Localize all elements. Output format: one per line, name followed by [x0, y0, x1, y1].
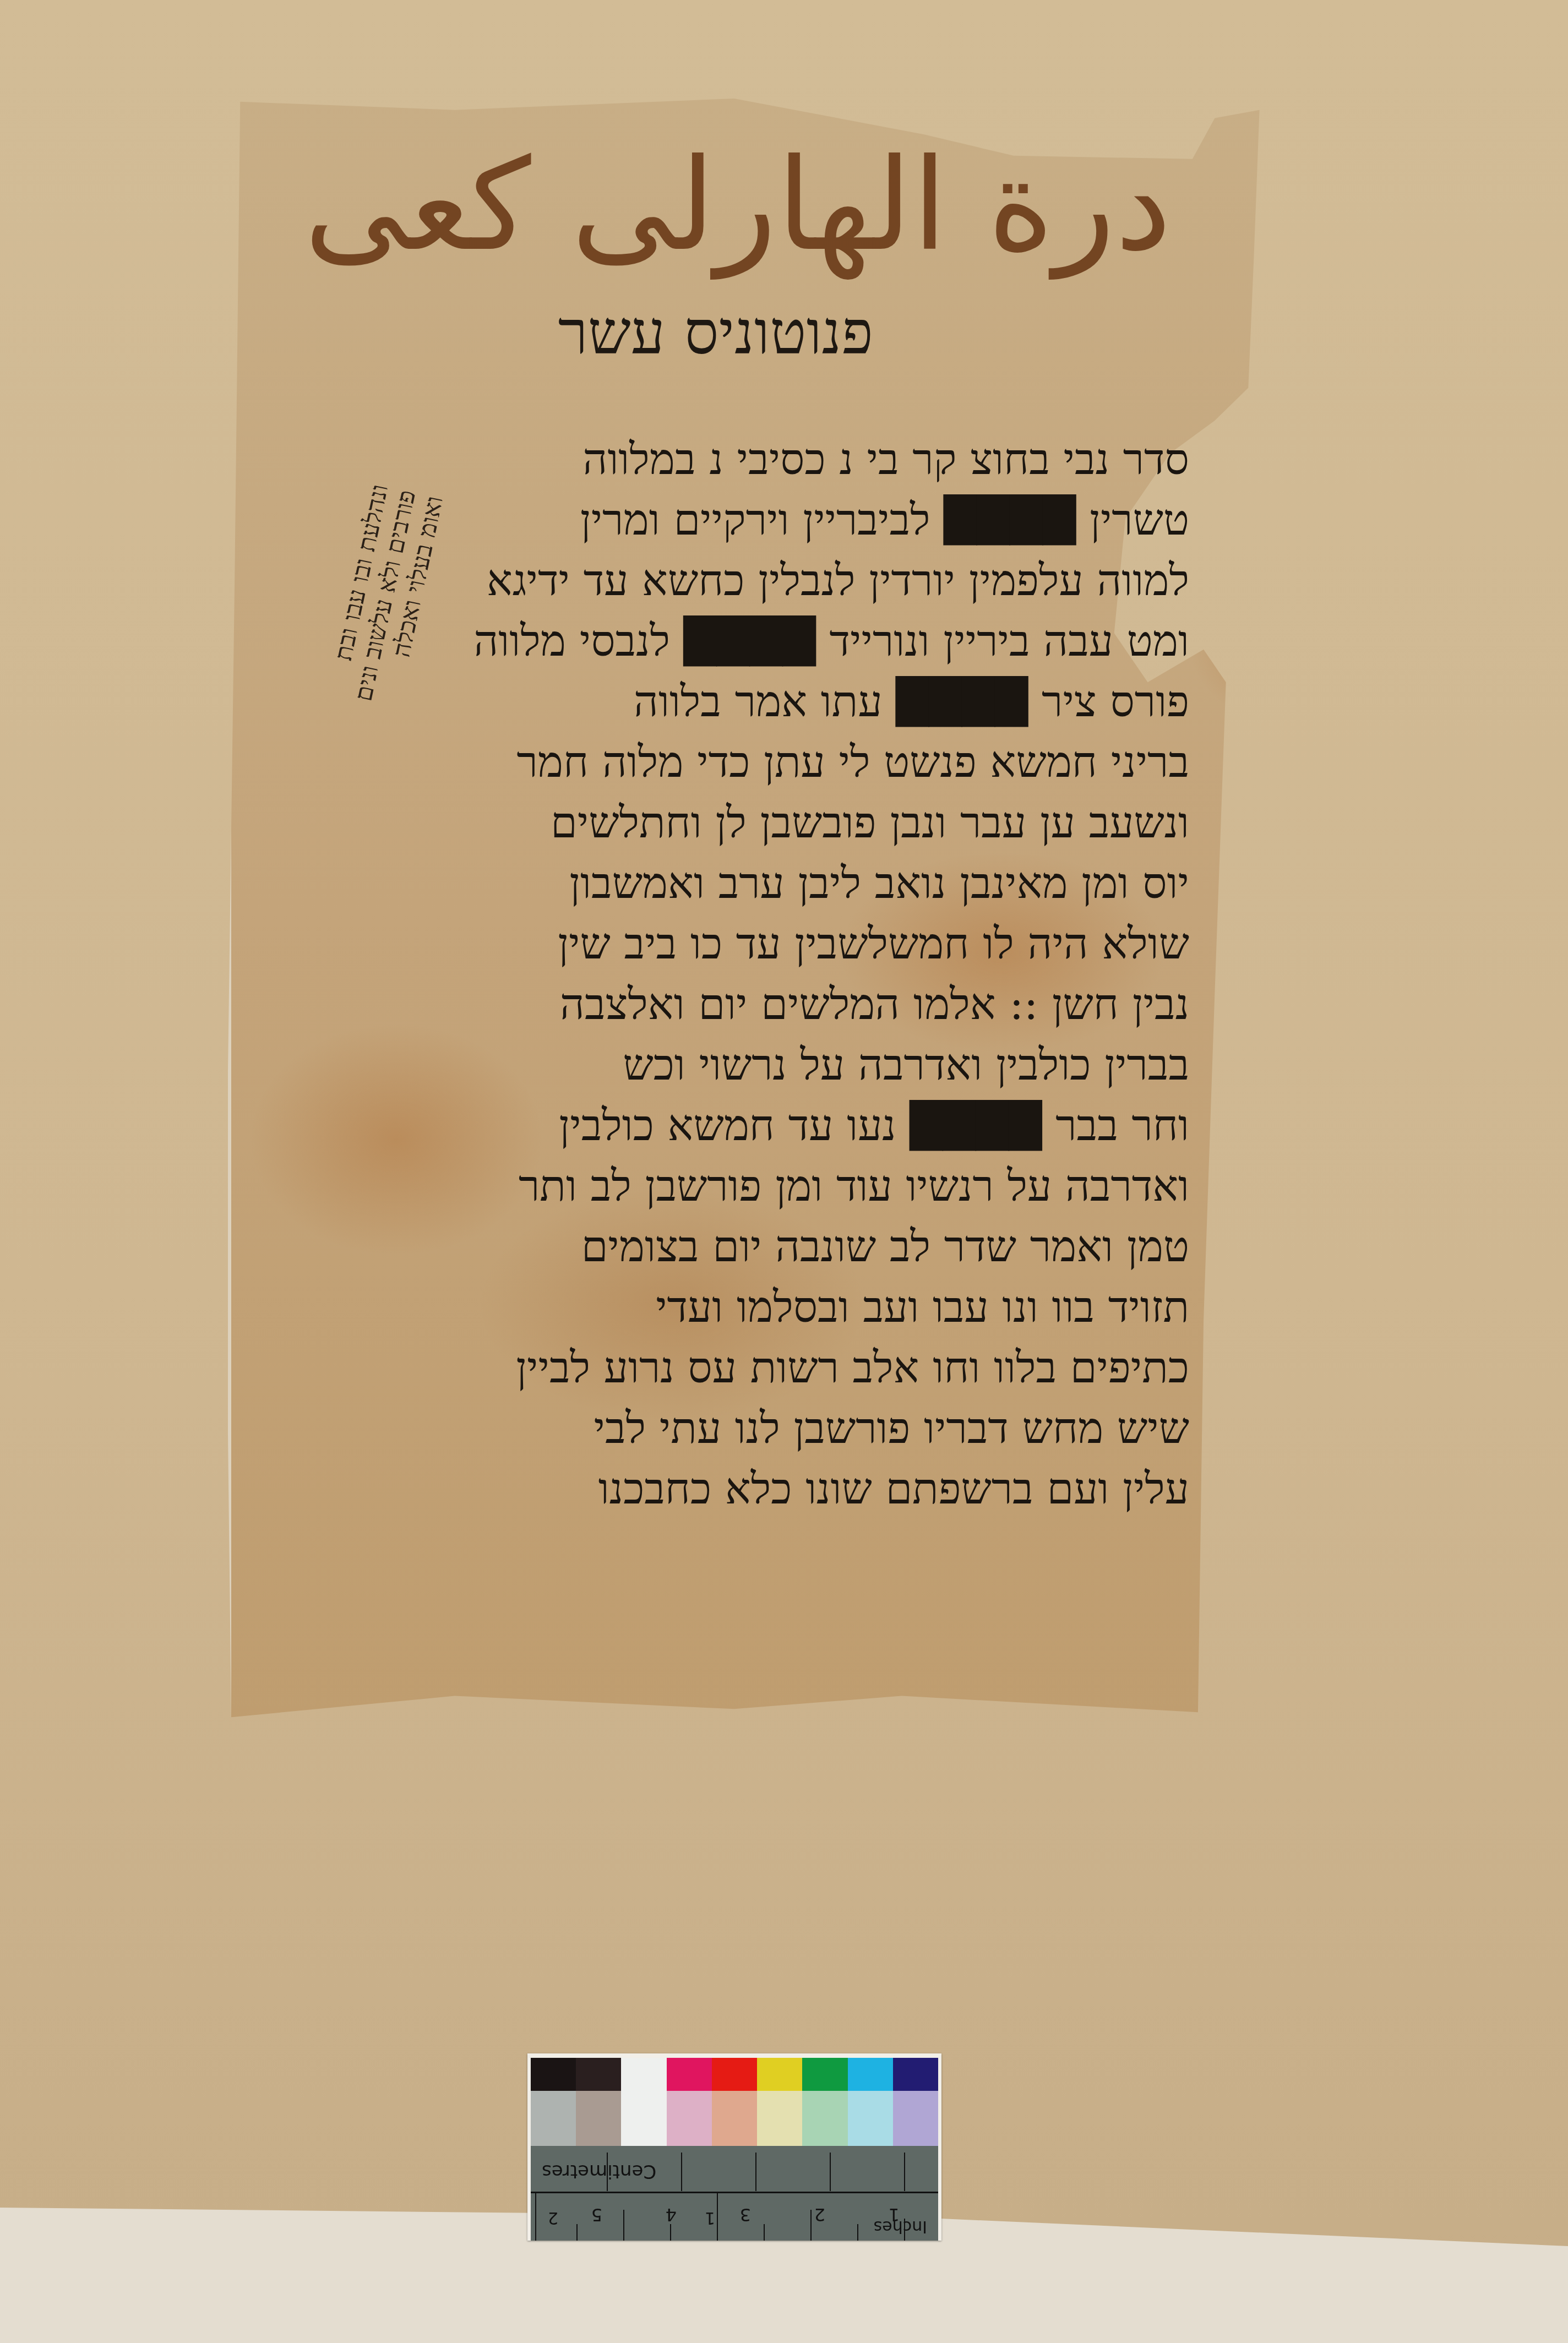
manuscript-subheading: פנוטוניס עשר [496, 297, 936, 368]
color-calibration-target: Centimetres 1 2 3 4 5 Inches 1 2 [527, 2053, 941, 2241]
swatch [531, 2091, 576, 2146]
color-swatch-grid [531, 2058, 938, 2146]
inches-label: Inches [874, 2217, 927, 2236]
cm-number: 5 [591, 2204, 602, 2225]
swatch [576, 2091, 621, 2146]
text-line: יוס ומן מאינבן נואב ליבן ערב ואמשבון [330, 853, 1189, 914]
text-line: תזויד בוו ונו עבו ועב ובסלמו ועדי [330, 1277, 1189, 1338]
text-line: ונשעב ען עבר ונבן פובשבן לן וחתלשים [330, 793, 1189, 853]
centimetres-label: Centimetres [542, 2160, 656, 2182]
swatch [893, 2058, 938, 2091]
text-line: ומט עבה ביריין ונורייד ████ לנבסי מלווה [330, 611, 1189, 672]
text-line: בברין כולבין ואדרבה על נרשוי וכש [330, 1035, 1189, 1096]
swatch [621, 2058, 666, 2146]
swatch [712, 2091, 757, 2146]
text-line: נבין חשן :: אלמו המלשים יום ואלצבה [330, 974, 1189, 1035]
text-line: כתיפים בלוו וחו אלב רשות עס נרוע לביין [330, 1338, 1189, 1398]
text-line: למווה עלפמין יורדין לנבלין כחשא עד ידיגא [330, 551, 1189, 611]
cm-number: 3 [740, 2204, 751, 2225]
swatch [531, 2058, 576, 2091]
text-line: טשרין ████ לביבריין וירקיים ומרין [330, 490, 1189, 551]
text-line: פורס ציר ████ עתו אמר בלווה [330, 672, 1189, 732]
swatch [893, 2091, 938, 2146]
text-line: טמן ואמר שדר לב שונבה יום בצומים [330, 1217, 1189, 1277]
cm-number: 2 [814, 2204, 825, 2225]
swatch [802, 2058, 847, 2091]
text-line: ואדרבה על רנשיו עוד ומן פורשבן לב ותר [330, 1156, 1189, 1217]
inch-number: 2 [548, 2208, 558, 2227]
text-line: שיש מחש דבריו פורשבן לנו עתי לבי [330, 1398, 1189, 1459]
swatch [576, 2058, 621, 2091]
text-line: בריני חמשא פנשט לי עתן כדי מלוה חמר [330, 732, 1189, 793]
swatch [802, 2091, 847, 2146]
text-line: עלין ועם ברשפתם שונו כלא כחבכנו [330, 1459, 1189, 1519]
manuscript-heading: درة الهارلى كعى [297, 132, 1178, 279]
manuscript-text-block: סדר נבי בחוצ קר בי נ כסיבי נ במלווה טשרי… [330, 429, 1189, 1519]
swatch [667, 2091, 712, 2146]
swatch [757, 2091, 802, 2146]
swatch [757, 2058, 802, 2091]
inch-number: 1 [705, 2208, 715, 2227]
text-line: סדר נבי בחוצ קר בי נ כסיבי נ במלווה [330, 429, 1189, 490]
swatch [667, 2058, 712, 2091]
swatch [848, 2058, 893, 2091]
cm-number: 4 [666, 2204, 677, 2225]
measurement-ruler: Centimetres 1 2 3 4 5 Inches 1 2 [531, 2146, 938, 2241]
text-line: וחר בבר ████ נעו עד חמשא כולבין [330, 1096, 1189, 1156]
swatch [712, 2058, 757, 2091]
swatch [848, 2091, 893, 2146]
text-line: שולא היה לו חמשלשבין עד כו ביב שין [330, 914, 1189, 974]
